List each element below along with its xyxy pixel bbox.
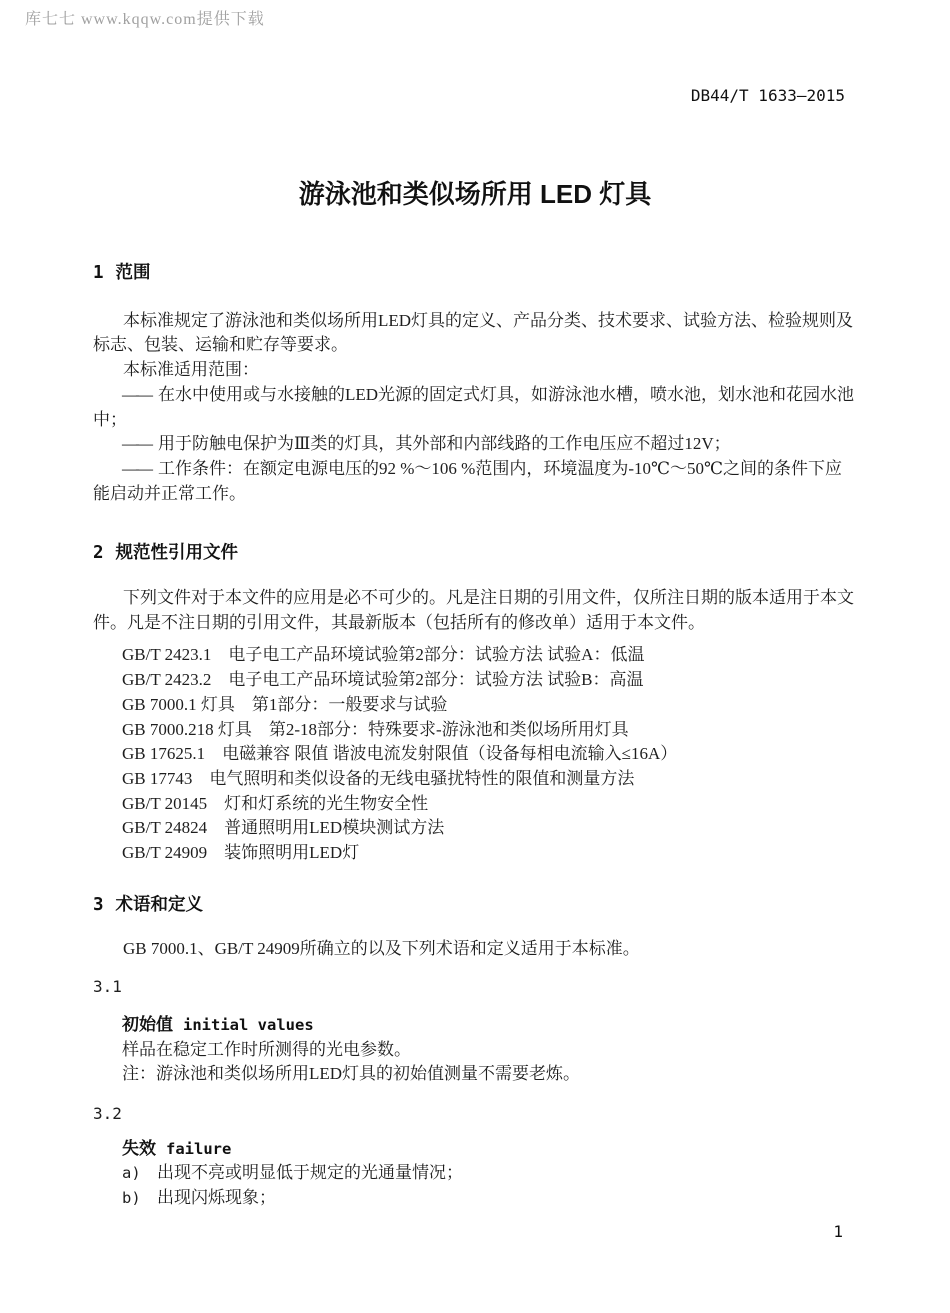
reference-item: GB/T 24824 普通照明用LED模块测试方法 bbox=[122, 816, 857, 841]
scope-dash-item: ——在水中使用或与水接触的LED光源的固定式灯具，如游泳池水槽，喷水池，划水池和… bbox=[93, 383, 857, 432]
scope-paragraph: 本标准规定了游泳池和类似场所用LED灯具的定义、产品分类、技术要求、试验方法、检… bbox=[93, 309, 857, 358]
section-3-heading: 3术语和定义 bbox=[93, 892, 857, 918]
dash-item-text: 用于防触电保护为Ⅲ类的灯具，其外部和内部线路的工作电压应不超过12V； bbox=[158, 434, 731, 453]
reference-item: GB 7000.1 灯具 第1部分：一般要求与试验 bbox=[122, 693, 857, 718]
term-3-1-note: 注：游泳池和类似场所用LED灯具的初始值测量不需要老炼。 bbox=[122, 1062, 857, 1087]
term-3-2-title: 失效failure bbox=[122, 1137, 857, 1162]
reference-item: GB 17743 电气照明和类似设备的无线电骚扰特性的限值和测量方法 bbox=[122, 767, 857, 792]
term-3-1-english: initial values bbox=[183, 1016, 314, 1034]
dash-item-text: 工作条件：在额定电源电压的92 %～106 %范围内，环境温度为-10℃～50℃… bbox=[93, 459, 842, 503]
section-2-heading: 2规范性引用文件 bbox=[93, 540, 857, 566]
scope-applicability-lead: 本标准适用范围： bbox=[93, 358, 857, 383]
section-2-number: 2 bbox=[93, 543, 104, 563]
dash-item-text: 在水中使用或与水接触的LED光源的固定式灯具，如游泳池水槽，喷水池，划水池和花园… bbox=[93, 385, 854, 429]
section-2-label: 规范性引用文件 bbox=[116, 542, 239, 562]
term-3-1-chinese: 初始值 bbox=[122, 1015, 173, 1034]
list-item-text: 出现闪烁现象； bbox=[157, 1188, 276, 1207]
reference-item: GB 7000.218 灯具 第2-18部分：特殊要求-游泳池和类似场所用灯具 bbox=[122, 718, 857, 743]
watermark-text: 库七七 www.kqqw.com提供下载 bbox=[25, 8, 265, 33]
terms-intro-paragraph: GB 7000.1、GB/T 24909所确立的以及下列术语和定义适用于本标准。 bbox=[93, 937, 857, 962]
normative-references-paragraph: 下列文件对于本文件的应用是必不可少的。凡是注日期的引用文件，仅所注日期的版本适用… bbox=[93, 586, 857, 635]
section-1-number: 1 bbox=[93, 263, 104, 283]
list-item-text: 出现不亮或明显低于规定的光通量情况； bbox=[157, 1163, 463, 1182]
reference-item: GB 17625.1 电磁兼容 限值 谐波电流发射限值（设备每相电流输入≤16A… bbox=[122, 742, 857, 767]
list-item-label: a) bbox=[122, 1161, 157, 1186]
dash-marker: —— bbox=[122, 434, 150, 453]
page-number: 1 bbox=[833, 1220, 843, 1245]
term-3-1-title: 初始值initial values bbox=[122, 1013, 857, 1038]
document-page: 库七七 www.kqqw.com提供下载 DB44/T 1633—2015 游泳… bbox=[0, 0, 950, 1313]
standard-number: DB44/T 1633—2015 bbox=[691, 84, 845, 109]
term-3-2-number: 3.2 bbox=[93, 1102, 857, 1127]
reference-item: GB/T 2423.2 电子电工产品环境试验第2部分：试验方法 试验B：高温 bbox=[122, 668, 857, 693]
reference-item: GB/T 24909 装饰照明用LED灯 bbox=[122, 841, 857, 866]
failure-list-item: b)出现闪烁现象； bbox=[122, 1186, 857, 1211]
list-item-label: b) bbox=[122, 1186, 157, 1211]
dash-marker: —— bbox=[122, 459, 150, 478]
reference-item: GB/T 20145 灯和灯系统的光生物安全性 bbox=[122, 792, 857, 817]
term-3-1-number: 3.1 bbox=[93, 975, 857, 1000]
term-3-2-english: failure bbox=[166, 1140, 231, 1158]
scope-dash-item: ——工作条件：在额定电源电压的92 %～106 %范围内，环境温度为-10℃～5… bbox=[93, 457, 857, 506]
page-content: 游泳池和类似场所用 LED 灯具 1范围 本标准规定了游泳池和类似场所用LED灯… bbox=[0, 0, 950, 1211]
dash-marker: —— bbox=[122, 385, 150, 404]
section-3-label: 术语和定义 bbox=[116, 894, 204, 914]
reference-item: GB/T 2423.1 电子电工产品环境试验第2部分：试验方法 试验A：低温 bbox=[122, 643, 857, 668]
section-1-heading: 1范围 bbox=[93, 260, 857, 286]
term-3-2-chinese: 失效 bbox=[122, 1139, 156, 1158]
scope-dash-item: ——用于防触电保护为Ⅲ类的灯具，其外部和内部线路的工作电压应不超过12V； bbox=[93, 432, 857, 457]
section-3-number: 3 bbox=[93, 895, 104, 915]
term-3-1-definition: 样品在稳定工作时所测得的光电参数。 bbox=[122, 1038, 857, 1063]
section-1-label: 范围 bbox=[116, 262, 151, 282]
failure-list-item: a)出现不亮或明显低于规定的光通量情况； bbox=[122, 1161, 857, 1186]
